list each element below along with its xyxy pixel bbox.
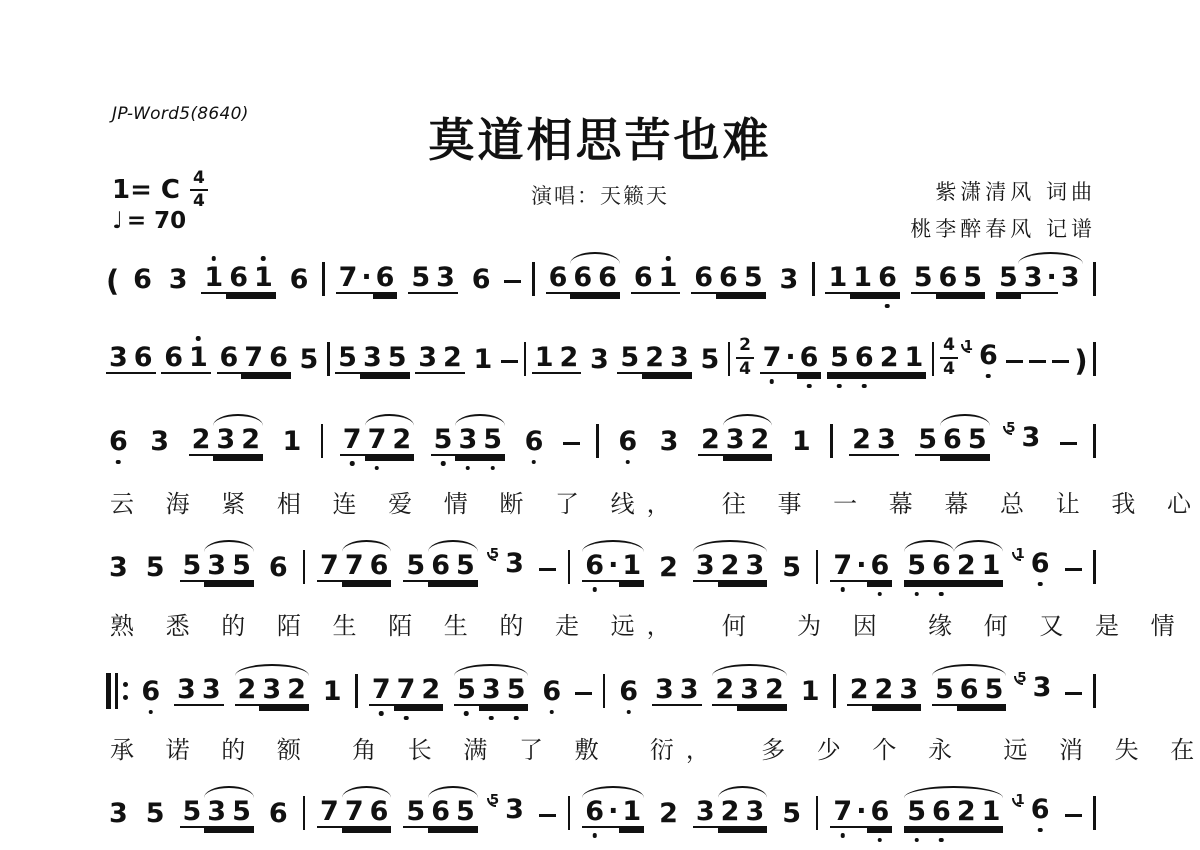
octave-dot-low (350, 461, 355, 466)
octave-dot-low (807, 384, 812, 389)
note-token: 2 (656, 782, 681, 838)
barline (728, 342, 731, 376)
grace-note: 1 (1015, 540, 1024, 568)
note-digits: 116 (825, 264, 899, 294)
augmentation-dot: · (360, 264, 372, 294)
note-digit: 6 (469, 266, 494, 294)
note-digit: 3 (360, 344, 385, 374)
note-token: 6 (469, 248, 494, 304)
note-digit: 2 (954, 798, 979, 828)
note-digit: 6 (131, 344, 156, 374)
note-digits: 232 (712, 676, 786, 706)
note-digit: 5 (911, 264, 936, 294)
note-digit: 2 (557, 344, 582, 374)
note-digit: 6 (428, 552, 453, 582)
slur-arc (693, 540, 767, 552)
note-digits: 6 (469, 266, 494, 294)
note-digit: 6 (367, 552, 392, 582)
note-digit: 2 (235, 676, 260, 706)
repeat-dots (123, 682, 128, 700)
barline (303, 550, 306, 584)
note-digit: 6 (615, 428, 640, 456)
note-token: 776 (317, 780, 391, 838)
note-digits: 535 (454, 676, 528, 706)
note-digit: 2 (284, 676, 309, 706)
note-digit: 5 (180, 552, 205, 582)
note-digit: 6 (976, 342, 1001, 370)
note-token: 565 (911, 246, 985, 304)
dash-rest (575, 692, 592, 696)
note-token: 6 (138, 660, 163, 716)
note-digit: 5 (454, 676, 479, 706)
note-digit: 3 (455, 426, 480, 456)
note-digit: 5 (453, 552, 478, 582)
barline (568, 550, 571, 584)
note-digits: 33 (652, 676, 702, 706)
barline (603, 674, 606, 708)
note-token: 5621 (904, 780, 1003, 838)
slur-arc (940, 414, 990, 426)
barline (524, 342, 527, 376)
note-digits: 53 (408, 264, 458, 294)
note-digit: 1 (279, 428, 304, 456)
note-digit: 6 (367, 798, 392, 828)
note-digits: 3 (657, 428, 682, 456)
note-digits: 565 (911, 264, 985, 294)
note-digit: 1 (798, 678, 823, 706)
note-token: 2 (656, 536, 681, 592)
augmentation-dot: · (607, 552, 619, 582)
note-digits: 6 (266, 554, 291, 582)
note-token: 5 (297, 328, 322, 384)
barline (932, 342, 935, 376)
note-digits: 7·6 (830, 798, 892, 828)
note-digit: 3 (204, 552, 229, 582)
note-digit: 3 (479, 676, 504, 706)
note-digit: 7 (369, 676, 394, 706)
note-token: 6 (615, 410, 640, 466)
slur-arc (712, 664, 786, 676)
note-token: 6 (106, 410, 131, 466)
note-digit: 3 (737, 676, 762, 706)
note-digits: 676 (217, 344, 291, 374)
grace-note: 5 (1017, 664, 1026, 692)
note-digits: 3 (587, 346, 612, 374)
note-token: 665 (691, 246, 765, 304)
slur-arc (428, 786, 478, 798)
barline (303, 796, 306, 830)
slur-arc (570, 252, 620, 264)
note-digits: 6 (287, 266, 312, 294)
lyrics-line-3: 承 诺 的 额 角 长 满 了 敷 衍， 多 少 个 永 远 消 失 在 天 边… (110, 730, 1120, 765)
note-digit: 5 (779, 800, 804, 828)
note-digit: 7 (241, 344, 266, 374)
slur-arc (235, 664, 309, 676)
note-token: 3 (166, 248, 191, 304)
time-signature: 4 4 (190, 170, 208, 210)
note-token: 565 (932, 658, 1006, 716)
note-digits: 1 (470, 346, 495, 374)
note-digit: 6 (570, 264, 595, 294)
note-digits: 7·6 (336, 264, 398, 294)
note-digit: 2 (877, 344, 902, 374)
barline (816, 796, 819, 830)
octave-dot-low (626, 460, 631, 465)
note-digits: 3 (776, 266, 801, 294)
slur-arc (455, 414, 505, 426)
key-signature: 1= C 4 4 (112, 170, 208, 210)
note-digit: 2 (389, 426, 414, 456)
note-digits: 5 (297, 346, 322, 374)
note-token: 535 (180, 534, 254, 592)
note-digit: 6 (929, 798, 954, 828)
note-digit: 2 (849, 426, 874, 456)
note-digit: 3 (147, 428, 172, 456)
barline (1093, 550, 1096, 584)
note-digit: 6 (691, 264, 716, 294)
note-digits: 6 (1028, 796, 1053, 824)
note-token: 323 (693, 534, 767, 592)
slur-arc (213, 414, 263, 426)
note-digits: 565 (403, 552, 477, 582)
note-token: 5 (697, 328, 722, 384)
note-digit: 3 (502, 796, 527, 824)
note-digits: 61 (631, 264, 681, 294)
note-digit: 2 (718, 798, 743, 828)
note-digit: 3 (502, 550, 527, 578)
barline (830, 424, 833, 458)
note-digit: 3 (776, 266, 801, 294)
note-token: 12 (532, 326, 582, 384)
note-digits: 232 (235, 676, 309, 706)
note-digit: 6 (522, 428, 547, 456)
note-digit: 6 (138, 678, 163, 706)
octave-dot-low (550, 710, 555, 715)
time-sig-denominator: 4 (739, 359, 751, 379)
octave-dot-high (261, 256, 266, 261)
note-token: 6 (616, 660, 641, 716)
note-digit: 6 (106, 428, 131, 456)
note-digits: 1 (320, 678, 345, 706)
note-digits: 232 (698, 426, 772, 456)
slur-arc (204, 540, 254, 552)
note-digit: 3 (723, 426, 748, 456)
note-token: 7·6 (830, 534, 892, 592)
barline (1093, 262, 1096, 296)
note-digits: 565 (403, 798, 477, 828)
note-token: 16 (1015, 778, 1052, 838)
note-digit: 5 (229, 798, 254, 828)
note-digit: 6 (852, 344, 877, 374)
note-digit: 6 (226, 264, 251, 294)
note-digit: 5 (915, 426, 940, 456)
note-token: 1 (279, 410, 304, 466)
grace-note: 5 (1006, 414, 1015, 442)
barline (1093, 796, 1096, 830)
slur-arc (342, 540, 392, 552)
grace-note: 5 (490, 540, 499, 568)
note-digit: 5 (453, 798, 478, 828)
note-token: 535 (180, 780, 254, 838)
lyrics-line-2: 熟 悉 的 陌 生 陌 生 的 走 远， 何 为 因 缘 何 又 是 情 缘。 (110, 606, 1120, 641)
note-digit: 7 (830, 552, 855, 582)
note-digit: 5 (617, 344, 642, 374)
note-digits: 12 (532, 344, 582, 374)
note-digit: 6 (582, 798, 607, 828)
note-digits: 776 (317, 798, 391, 828)
note-digit: 7 (340, 426, 365, 456)
octave-dot-low (986, 374, 991, 379)
note-token: 5621 (827, 326, 926, 384)
note-digit: 3 (415, 344, 440, 374)
note-digit: 7 (336, 264, 361, 294)
parenthesis: ) (1074, 344, 1087, 384)
note-digit: 3 (259, 676, 284, 706)
note-token: 23 (849, 408, 899, 466)
octave-dot-low (862, 384, 867, 389)
octave-dot-low (592, 833, 597, 838)
note-digits: 6 (539, 678, 564, 706)
octave-dot-high (666, 256, 671, 261)
dash-rest (1006, 360, 1023, 364)
note-digit: 1 (619, 798, 644, 828)
slur-arc (582, 786, 644, 798)
note-digit: 2 (954, 552, 979, 582)
slur-arc (365, 414, 415, 426)
note-digits: 6·1 (582, 552, 644, 582)
note-digit: 7 (394, 676, 419, 706)
note-token: 666 (546, 246, 620, 304)
note-digit: 6 (936, 264, 961, 294)
note-token: 33 (174, 658, 224, 716)
note-token: 6 (130, 248, 155, 304)
note-digit: 6 (957, 676, 982, 706)
augmentation-dot: · (784, 344, 796, 374)
note-digit: 5 (504, 676, 529, 706)
note-digits: 3 (106, 554, 131, 582)
note-token: 523 (617, 326, 691, 384)
note-digits: 161 (201, 264, 275, 294)
note-digits: 32 (415, 344, 465, 374)
note-digits: 6 (1028, 550, 1053, 578)
sheet-music-page: JP-Word5(8640) 莫道相思苦也难 演唱：天籁天 紫潇清风 词曲 桃李… (0, 0, 1200, 850)
note-digit: 7 (760, 344, 785, 374)
note-digit: 1 (901, 344, 926, 374)
note-token: 1 (320, 660, 345, 716)
barline (568, 796, 571, 830)
note-digit: 3 (166, 266, 191, 294)
note-digit: 6 (582, 552, 607, 582)
barline (1093, 674, 1096, 708)
octave-dot-low (404, 716, 409, 721)
note-digit: 3 (199, 676, 224, 706)
note-token: 33 (652, 658, 702, 716)
note-digits: 6 (130, 266, 155, 294)
octave-dot-low (841, 587, 846, 592)
note-digit: 1 (825, 264, 850, 294)
note-token: 6 (522, 410, 547, 466)
note-digit: 6 (797, 344, 822, 374)
slur-arc (904, 786, 1003, 798)
dash-rest (1052, 360, 1069, 364)
note-digit: 3 (693, 552, 718, 582)
note-digit: 3 (1021, 264, 1046, 294)
repeat-start-sign (106, 673, 128, 709)
slur-arc (723, 414, 773, 426)
note-token: 3 (587, 328, 612, 384)
barline (812, 262, 815, 296)
note-digit: 6 (940, 426, 965, 456)
octave-dot-low (489, 716, 494, 721)
note-digit: 1 (251, 264, 276, 294)
note-digits: 3 (106, 800, 131, 828)
note-digit: 5 (904, 552, 929, 582)
quarter-note-icon: ♩ (112, 208, 123, 234)
note-token: 565 (403, 534, 477, 592)
time-sig-numerator: 2 (736, 337, 754, 359)
slur-arc (904, 540, 954, 552)
dash-rest (501, 360, 518, 364)
dash-rest (539, 814, 556, 818)
note-digit: 2 (418, 676, 443, 706)
note-digit: 5 (741, 264, 766, 294)
grace-note: 1 (1015, 786, 1024, 814)
note-digit: 2 (847, 676, 872, 706)
note-digits: 5 (143, 554, 168, 582)
augmentation-dot: · (607, 798, 619, 828)
note-digit: 1 (186, 344, 211, 374)
note-digit: 7 (365, 426, 390, 456)
note-digits: 33 (174, 676, 224, 706)
time-signature-denominator: 4 (193, 191, 205, 210)
note-token: 676 (217, 326, 291, 384)
slur-arc (454, 664, 528, 676)
note-digits: 772 (369, 676, 443, 706)
time-signature-numerator: 4 (190, 170, 208, 191)
octave-dot-low (1038, 828, 1043, 833)
note-token: 3 (147, 410, 172, 466)
note-token: 7·6 (336, 246, 398, 304)
note-digit: 3 (652, 676, 677, 706)
note-digit: 1 (532, 344, 557, 374)
note-digits: 7·6 (760, 344, 822, 374)
note-digit: 5 (229, 552, 254, 582)
note-digits: 61 (161, 344, 211, 374)
note-token: 6 (266, 536, 291, 592)
note-digits: 6 (976, 342, 1001, 370)
note-digit: 6 (631, 264, 656, 294)
note-digit: 3 (587, 346, 612, 374)
notation-line-2: 366167655353211235235247·656214416) (106, 318, 1096, 384)
note-digit: 2 (712, 676, 737, 706)
note-token: 61 (161, 326, 211, 384)
note-digit: 2 (762, 676, 787, 706)
octave-dot-low (514, 716, 519, 721)
barline (327, 342, 330, 376)
parenthesis: ( (106, 264, 119, 304)
note-digit: 3 (1019, 424, 1044, 452)
note-token: 3 (657, 410, 682, 466)
slur-arc (582, 540, 644, 552)
note-digit: 1 (979, 552, 1004, 582)
dash-rest (539, 568, 556, 572)
notation-line-3: 63232177253566323212356553 (106, 400, 1096, 466)
slur-arc (428, 540, 478, 552)
slur-arc (342, 786, 392, 798)
note-digit: 6 (616, 678, 641, 706)
note-digits: 5621 (904, 798, 1003, 828)
note-digit: 6 (161, 344, 186, 374)
lyrics-line-1: 云 海 紧 相 连 爱 情 断 了 线， 往 事 一 幕 幕 总 让 我 心 酸… (110, 484, 1120, 519)
note-digit: 6 (929, 552, 954, 582)
note-digit: 2 (872, 676, 897, 706)
augmentation-dot: · (1046, 264, 1058, 294)
note-token: 53 (1017, 656, 1054, 716)
words-music-credit: 紫潇清风 词曲 (910, 174, 1096, 211)
notation-line-4: 355356776565536·1232357·6562116 (106, 526, 1096, 592)
note-token: 7·6 (830, 780, 892, 838)
note-digit: 5 (297, 346, 322, 374)
note-digit: 3 (693, 798, 718, 828)
notation-line-6: 355356776565536·1232357·6562116 (106, 772, 1096, 838)
note-digit: 3 (657, 428, 682, 456)
note-digit: 5 (180, 798, 205, 828)
barline (833, 674, 836, 708)
note-digits: 666 (546, 264, 620, 294)
note-digit: 5 (480, 426, 505, 456)
note-digits: 5 (697, 346, 722, 374)
note-digits: 3 (147, 428, 172, 456)
note-digits: 772 (340, 426, 414, 456)
octave-dot-low (592, 587, 597, 592)
barline (816, 550, 819, 584)
note-digits: 5 (779, 800, 804, 828)
octave-dot-low (626, 710, 631, 715)
note-token: 772 (369, 658, 443, 716)
slur-arc (932, 664, 1006, 676)
note-digits: 535 (431, 426, 505, 456)
note-token: 61 (631, 246, 681, 304)
note-digits: 2 (656, 554, 681, 582)
note-digits: 565 (932, 676, 1006, 706)
note-digit: 6 (1028, 550, 1053, 578)
note-digit: 3 (433, 264, 458, 294)
tempo-marking: ♩ = 70 (112, 208, 186, 234)
barline (1093, 424, 1096, 458)
note-token: 1 (470, 328, 495, 384)
note-digit: 6 (373, 264, 398, 294)
dash-rest (1060, 442, 1077, 446)
note-digits: 6 (106, 428, 131, 456)
note-token: 1 (789, 410, 814, 466)
note-token: 6·1 (582, 534, 644, 592)
note-token: 232 (698, 408, 772, 466)
note-digits: 6 (522, 428, 547, 456)
note-digit: 3 (667, 344, 692, 374)
note-digit: 3 (174, 676, 199, 706)
octave-dot-high (196, 336, 201, 341)
note-token: 6 (287, 248, 312, 304)
note-digit: 6 (130, 266, 155, 294)
dash-rest (563, 442, 580, 446)
note-digit: 5 (697, 346, 722, 374)
octave-dot-low (878, 592, 883, 597)
note-digit: 5 (403, 552, 428, 582)
note-digit: 3 (213, 426, 238, 456)
note-token: 323 (693, 780, 767, 838)
note-digit: 3 (1030, 674, 1055, 702)
note-digits: 3 (502, 550, 527, 578)
